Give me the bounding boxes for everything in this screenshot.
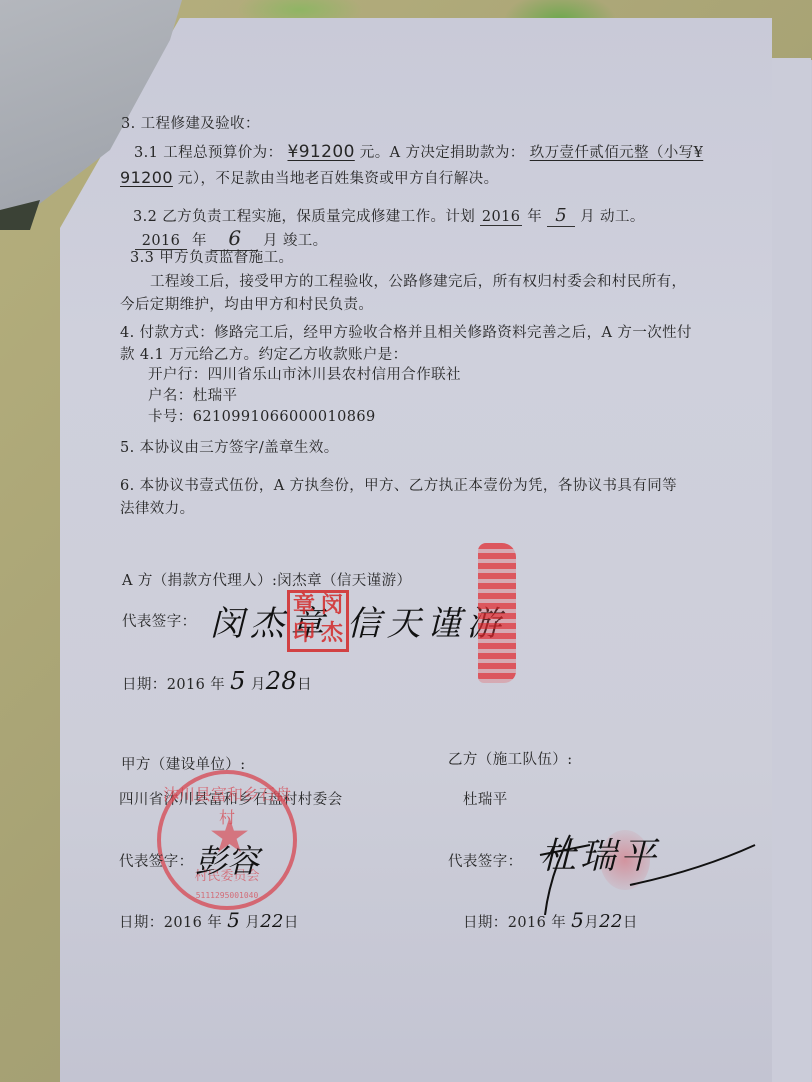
party-a-signature: 闵杰章 信天谨游 — [210, 596, 507, 645]
party-yi-name: 杜瑞平 — [463, 788, 508, 809]
seal-char: 印 — [290, 621, 318, 649]
date-prefix: 日期：2016 年 — [463, 915, 566, 931]
party-a-square-seal: 章 闵 印 杰 — [287, 590, 349, 652]
party-a-date: 日期：2016 年 5 月28日 — [122, 667, 312, 695]
clause-3-1-line-1: 3.1 工程总预算价为： ¥91200 元。A 方决定捐助款为： 玖万壹仟贰佰元… — [134, 141, 703, 162]
clause-3-1-suffix: 元），不足款由当地老百姓集资或甲方自行解决。 — [178, 171, 499, 187]
clause-3-2-text: 3.2 乙方负责工程实施，保质量完成修建工作。计划 — [133, 209, 475, 225]
party-jia-date: 日期：2016 年 5 月22日 — [119, 908, 299, 932]
section-5: 5. 本协议由三方签字/盖章生效。 — [120, 436, 339, 457]
date-month-unit: 月 — [584, 915, 599, 931]
seal-code: 5111295001040 — [161, 891, 293, 900]
clause-3-1-prefix: 3.1 工程总预算价为： — [134, 145, 282, 161]
date-day: 22 — [260, 911, 284, 932]
section-6-line-1: 6. 本协议书壹式伍份，A 方执叁份，甲方、乙方执正本壹份为凭，各协议书具有同等 — [120, 474, 677, 495]
party-yi-date: 日期：2016 年 5月22日 — [463, 908, 638, 932]
year-unit: 年 — [527, 209, 542, 225]
party-yi-sign-label: 代表签字： — [448, 850, 523, 871]
donation-amount-number: 91200 — [120, 168, 173, 187]
date-month: 5 — [571, 908, 584, 932]
start-suffix: 月 动工。 — [580, 209, 645, 225]
date-month: 5 — [230, 667, 246, 695]
start-year-field: 2016 — [480, 209, 522, 226]
date-month-unit: 月 — [245, 915, 260, 931]
date-prefix: 日期：2016 年 — [122, 677, 225, 693]
seal-char: 闵 — [318, 593, 346, 621]
date-day-unit: 日 — [297, 677, 312, 693]
section-4-line-1: 4. 付款方式：修路完工后，经甲方验收合格并且相关修路资料完善之后，A 方一次性… — [120, 321, 692, 342]
clause-3-4-line-1: 工程竣工后，接受甲方的工程验收，公路修建完后，所有权归村委会和村民所有， — [150, 270, 686, 291]
account-name: 户名：杜瑞平 — [148, 384, 237, 405]
party-yi-label: 乙方（施工队伍）: — [448, 748, 573, 769]
date-day-unit: 日 — [284, 915, 299, 931]
signature-stroke — [530, 815, 760, 915]
section-6-line-2: 法律效力。 — [120, 497, 195, 518]
clause-3-4-line-2: 今后定期维护，均由甲方和村民负责。 — [120, 293, 373, 314]
party-a-sign-label: 代表签字： — [122, 610, 197, 631]
document-content: 3. 工程修建及验收： 3.1 工程总预算价为： ¥91200 元。A 方决定捐… — [0, 0, 812, 1082]
section-4-line-2: 款 4.1 万元给乙方。约定乙方收款账户是： — [120, 343, 408, 364]
donation-amount-words: 玖万壹仟贰佰元整（小写¥ — [530, 145, 704, 161]
date-month-unit: 月 — [251, 677, 266, 693]
section-3-heading: 3. 工程修建及验收： — [121, 112, 260, 133]
clause-3-3: 3.3 甲方负责监督施工。 — [130, 246, 293, 267]
date-month: 5 — [227, 908, 240, 932]
party-a-vertical-seal — [478, 543, 516, 683]
party-a-label: A 方（捐款方代理人）:闵杰章（信天谨游） — [122, 569, 411, 590]
party-jia-sign-label: 代表签字： — [119, 850, 194, 871]
date-day: 22 — [599, 911, 623, 932]
seal-char: 章 — [290, 593, 318, 621]
party-jia-signature: 彭容 — [195, 836, 259, 882]
start-month-field: 5 — [547, 205, 575, 227]
clause-3-1-line-2: 91200 元），不足款由当地老百姓集资或甲方自行解决。 — [120, 167, 498, 188]
date-prefix: 日期：2016 年 — [119, 915, 222, 931]
seal-char: 杰 — [318, 621, 346, 649]
budget-amount: ¥91200 — [287, 142, 354, 162]
date-day-unit: 日 — [623, 915, 638, 931]
clause-3-2-line-1: 3.2 乙方负责工程实施，保质量完成修建工作。计划 2016 年 5 月 动工。 — [133, 205, 645, 227]
card-number: 卡号：6210991066000010869 — [148, 405, 376, 426]
bank-name: 开户行：四川省乐山市沐川县农村信用合作联社 — [148, 363, 461, 384]
date-day: 28 — [266, 667, 297, 695]
clause-3-1-mid: 元。A 方决定捐助款为： — [360, 145, 525, 161]
